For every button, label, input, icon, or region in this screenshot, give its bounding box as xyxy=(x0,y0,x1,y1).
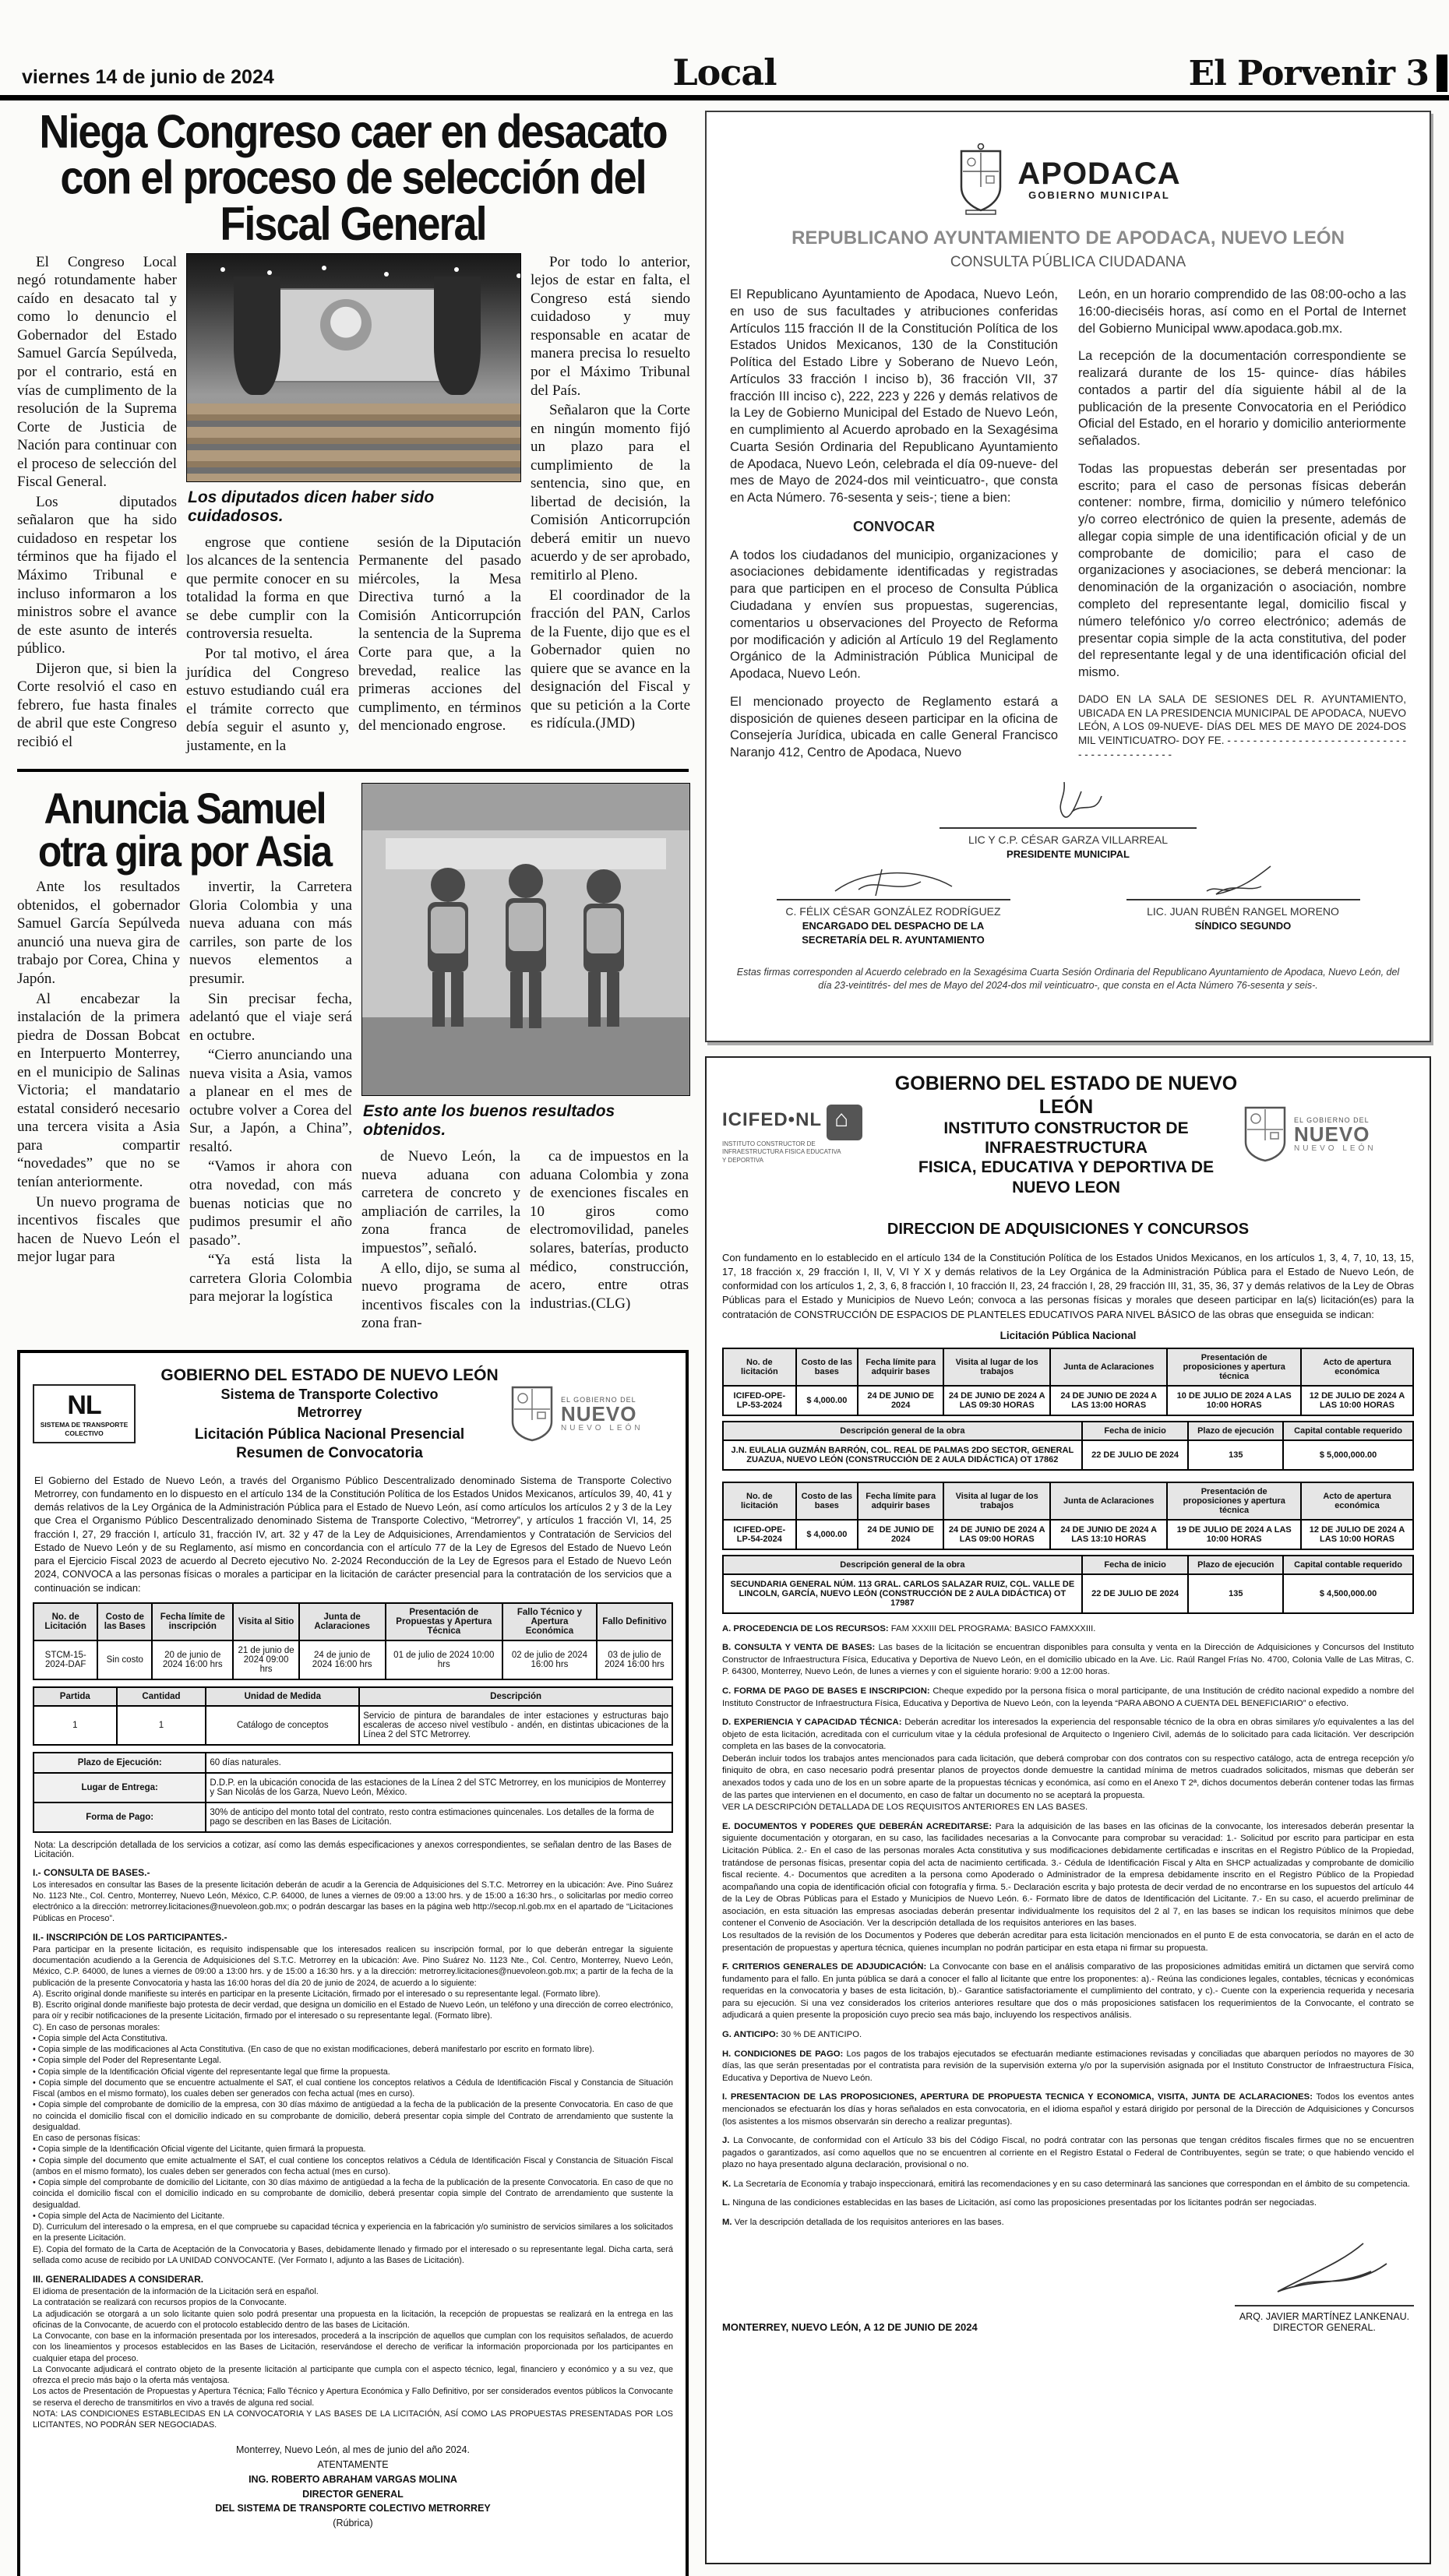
table-cell: 24 de junio de 2024 16:00 hrs xyxy=(299,1640,386,1679)
section-f: F. CRITERIOS GENERALES DE ADJUDICACIÓN: … xyxy=(722,1961,1414,2022)
col-header: Plazo de ejecución xyxy=(1188,1556,1283,1574)
title-line: INSTITUTO CONSTRUCTOR DE INFRAESTRUCTURA xyxy=(894,1119,1238,1158)
table-cell: 24 DE JUNIO DE 2024 A LAS 13:10 HORAS xyxy=(1050,1520,1167,1549)
title-line: FISICA, EDUCATIVA Y DEPORTIVA DE NUEVO L… xyxy=(894,1158,1238,1196)
section-text: Los interesados en consultar las Bases d… xyxy=(33,1880,673,1924)
article1-middle: Los diputados dicen haber sido cuidadoso… xyxy=(186,253,521,757)
section-title-inscripcion: II.- INSCRIPCIÓN DE LOS PARTICIPANTES.- xyxy=(33,1932,673,1943)
metrorrey-notice-title: GOBIERNO DEL ESTADO DE NUEVO LEÓN Sistem… xyxy=(156,1366,503,1463)
signature-presidente: LIC Y C.P. CÉSAR GARZA VILLARREAL PRESID… xyxy=(730,781,1406,860)
closing-atentamente: ATENTAMENTE xyxy=(33,2458,673,2472)
stc-logo-caption: SISTEMA DE TRANSPORTE xyxy=(37,1421,131,1429)
table-cell: 01 de julio de 2024 10:00 hrs xyxy=(386,1640,502,1679)
table-cell: 22 DE JULIO DE 2024 xyxy=(1082,1574,1189,1613)
section-c: C. FORMA DE PAGO DE BASES E INSCRIPCION:… xyxy=(722,1686,1414,1710)
paragraph: Los diputados señalaron que ha sido cuid… xyxy=(17,493,177,658)
col-header: Junta de Aclaraciones xyxy=(1050,1482,1167,1520)
signature-scribble xyxy=(1010,781,1126,827)
paragraph: El coordinador de la fracción del PAN, C… xyxy=(531,587,690,733)
col-header: No. de licitación xyxy=(723,1482,796,1520)
paragraph: El Republicano Ayuntamiento de Apodaca, … xyxy=(730,287,1058,507)
section-k: K. La Secretaría de Economía y trabajo i… xyxy=(722,2179,1414,2191)
table-cell: Sin costo xyxy=(97,1640,152,1679)
article2-photo-caption: Esto ante los buenos resultados obtenido… xyxy=(363,1102,689,1140)
table-cell: $ 4,000.00 xyxy=(796,1386,858,1415)
row-label: Forma de Pago: xyxy=(33,1802,206,1832)
paragraph: “Cierro anunciando una nueva visita a As… xyxy=(189,1046,352,1156)
icifed-sections: A. PROCEDENCIA DE LOS RECURSOS: FAM XXXI… xyxy=(722,1623,1414,2229)
signer-name: LIC. JUAN RUBÉN RANGEL MORENO xyxy=(1080,905,1406,918)
section-label: D. EXPERIENCIA Y CAPACIDAD TÉCNICA: xyxy=(722,1718,901,1727)
article-fiscal-general: Niega Congreso caer en desacato con el p… xyxy=(17,109,689,756)
table-cell: 10 DE JULIO DE 2024 A LAS 10:00 HORAS xyxy=(1167,1386,1301,1415)
signer-name: C. FÉLIX CÉSAR GONZÁLEZ RODRÍGUEZ xyxy=(730,905,1056,918)
paragraph: Ante los resultados obtenidos, el gobern… xyxy=(17,878,180,988)
article-divider-rule xyxy=(17,769,689,772)
table-cell: 24 DE JUNIO DE 2024 xyxy=(858,1386,943,1415)
title-line: GOBIERNO DEL ESTADO DE NUEVO LEÓN xyxy=(156,1366,503,1386)
table-cell: 1 xyxy=(117,1706,206,1745)
section-label: E. DOCUMENTOS Y PODERES QUE DEBERÁN ACRE… xyxy=(722,1822,992,1831)
headline-line2: otra gira por Asia xyxy=(38,827,331,876)
col-header: Partida xyxy=(33,1687,117,1706)
paragraph: Un nuevo programa de incentivos fiscales… xyxy=(17,1193,180,1267)
section-title-consulta: I.- CONSULTA DE BASES.- xyxy=(33,1867,673,1878)
paragraph: “Ya está lista la carretera Gloria Colom… xyxy=(189,1251,352,1306)
paragraph: invertir, la Carretera Gloria Colombia y… xyxy=(189,878,352,988)
article1-col3: sesión de la Diputación Permanente del p… xyxy=(358,534,521,757)
signature-scribble xyxy=(827,863,960,899)
row-label: Plazo de Ejecución: xyxy=(33,1753,206,1773)
section-text: Deberán acreditar los interesados la exp… xyxy=(722,1718,1414,1812)
paragraph: A todos los ciudadanos del municipio, or… xyxy=(730,548,1058,683)
table-cell: 60 días naturales. xyxy=(206,1753,672,1773)
paragraph: León, en un horario comprendido de las 0… xyxy=(1078,287,1406,337)
section-text: Ver la descripción detallada de los requ… xyxy=(735,2218,1004,2227)
col-header: Junta de Aclaraciones xyxy=(299,1603,386,1640)
apodaca-wordmark-sub: GOBIERNO MUNICIPAL xyxy=(1017,189,1180,201)
col-header: Junta de Aclaraciones xyxy=(1050,1348,1167,1386)
article1-headline: Niega Congreso caer en desacato con el p… xyxy=(17,109,689,248)
metrorrey-closing: Monterrey, Nuevo León, al mes de junio d… xyxy=(33,2443,673,2531)
table-cell: 02 de julio de 2024 16:00 hrs xyxy=(502,1640,597,1679)
paragraph: Señalaron que la Corte en ningún momento… xyxy=(531,401,690,584)
paragraph: La recepción de la documentación corresp… xyxy=(1078,348,1406,450)
col-header: Descripción general de la obra xyxy=(723,1556,1082,1574)
desks xyxy=(187,403,520,481)
table-cell: 24 DE JUNIO DE 2024 xyxy=(858,1520,943,1549)
article2-col1: Ante los resultados obtenidos, el gobern… xyxy=(17,878,180,1308)
paragraph: El Congreso Local negó rotundamente habe… xyxy=(17,253,177,492)
section-b: B. CONSULTA Y VENTA DE BASES: Las bases … xyxy=(722,1642,1414,1679)
col-header: Plazo de ejecución xyxy=(1188,1422,1283,1440)
paragraph: sesión de la Diputación Permanente del p… xyxy=(358,534,521,735)
masthead: viernes 14 de junio de 2024 Local El Por… xyxy=(0,44,1449,100)
paragraph: Dijeron que, si bien la Corte resolvió e… xyxy=(17,660,177,752)
metrorrey-items-table: Partida Cantidad Unidad de Medida Descri… xyxy=(33,1686,673,1746)
table-cell: $ 5,000,000.00 xyxy=(1283,1440,1413,1470)
rubrica-note: (Rúbrica) xyxy=(33,2516,673,2531)
nuevo-leon-gov-mark: EL GOBIERNO DEL NUEVO NUEVO LEÓN xyxy=(509,1386,673,1442)
metrorrey-schedule-table: No. de Licitación Costo de las Bases Fec… xyxy=(33,1602,673,1680)
left-page-column: Niega Congreso caer en desacato con el p… xyxy=(17,107,689,2576)
icifed-schedule-table-1: No. de licitación Costo de las bases Fec… xyxy=(722,1348,1414,1416)
signature-scribble xyxy=(1185,863,1302,899)
nuevo-leon-gov-mark: EL GOBIERNO DEL NUEVO NUEVO LEÓN xyxy=(1243,1106,1414,1162)
section-label: I. PRESENTACION DE LAS PROPOSICIONES, AP… xyxy=(722,2092,1313,2102)
section-label: A. PROCEDENCIA DE LOS RECURSOS: xyxy=(722,1624,889,1633)
col-header: Acto de apertura económica xyxy=(1301,1348,1413,1386)
signature-scribble xyxy=(1246,2240,1402,2303)
table-cell: 21 de junio de 2024 09:00 hrs xyxy=(233,1640,298,1679)
article2-col2: invertir, la Carretera Gloria Colombia y… xyxy=(189,878,352,1308)
title-line: Resumen de Convocatoria xyxy=(156,1444,503,1463)
signature-sindico: LIC. JUAN RUBÉN RANGEL MORENO SÍNDICO SE… xyxy=(1080,863,1406,946)
section-text: Para la adquisición de las bases en las … xyxy=(722,1822,1414,1953)
col-header: Fecha límite de inscripción xyxy=(152,1603,233,1640)
gov-mark-line2: NUEVO xyxy=(1294,1124,1377,1144)
col-header: Fecha de inicio xyxy=(1082,1422,1189,1440)
col-header: Visita al Sitio xyxy=(233,1603,298,1640)
paragraph: Sin precisar fecha, adelantó que el viaj… xyxy=(189,990,352,1045)
section-label: H. CONDICIONES DE PAGO: xyxy=(722,2049,843,2059)
metrorrey-tender-notice: NL SISTEMA DE TRANSPORTE COLECTIVO GOBIE… xyxy=(17,1350,689,2576)
table-cell: STCM-15-2024-DAF xyxy=(33,1640,97,1679)
col-header: Fallo Definitivo xyxy=(597,1603,672,1640)
col-header: Presentación de Propuestas y Apertura Té… xyxy=(386,1603,502,1640)
section-e: E. DOCUMENTOS Y PODERES QUE DEBERÁN ACRE… xyxy=(722,1821,1414,1954)
col-header: Presentación de proposiciones y apertura… xyxy=(1167,1482,1301,1520)
signer-org: DEL SISTEMA DE TRANSPORTE COLECTIVO METR… xyxy=(33,2501,673,2516)
article2-col3: de Nuevo León, la nueva aduana con carre… xyxy=(361,1147,520,1334)
article2-left: Anuncia Samuel otra gira por Asia Ante l… xyxy=(17,783,352,1334)
col-header: Capital contable requerido xyxy=(1283,1556,1413,1574)
section-l: L. Ninguna de las condiciones establecid… xyxy=(722,2197,1414,2210)
convocar-heading: CONVOCAR xyxy=(730,518,1058,537)
gov-mark-line3: NUEVO LEÓN xyxy=(561,1424,643,1432)
signature-secretario: C. FÉLIX CÉSAR GONZÁLEZ RODRÍGUEZ ENCARG… xyxy=(730,863,1056,946)
nl-logo-text: NL xyxy=(37,1390,131,1421)
col-header: Fecha de inicio xyxy=(1082,1556,1189,1574)
section-label: M. xyxy=(722,2218,732,2227)
col-header: Costo de las bases xyxy=(796,1482,858,1520)
table-cell: SECUNDARIA GENERAL NÚM. 113 GRAL. CARLOS… xyxy=(723,1574,1082,1613)
table-cell: $ 4,500,000.00 xyxy=(1283,1574,1413,1613)
table-cell: 19 DE JULIO DE 2024 A LAS 10:00 HORAS xyxy=(1167,1520,1301,1549)
apodaca-notice-title: REPUBLICANO AYUNTAMIENTO DE APODACA, NUE… xyxy=(730,227,1406,249)
article2-col4: ca de impuestos en la aduana Colombia y … xyxy=(530,1147,689,1334)
title-line: GOBIERNO DEL ESTADO DE NUEVO LEÓN xyxy=(894,1072,1238,1119)
icifed-intro: Con fundamento en lo establecido en el a… xyxy=(722,1251,1414,1322)
section-d: D. EXPERIENCIA Y CAPACIDAD TÉCNICA: Debe… xyxy=(722,1717,1414,1814)
table-cell: J.N. EULALIA GUZMÁN BARRÓN, COL. REAL DE… xyxy=(723,1440,1082,1470)
signer-role: DIRECTOR GENERAL xyxy=(33,2487,673,2502)
section-text: La Secretaría de Economía y trabajo insp… xyxy=(733,2180,1409,2189)
section-h: H. CONDICIONES DE PAGO: Los pagos de los… xyxy=(722,2049,1414,2085)
section-label: J. xyxy=(722,2136,729,2145)
section-label: K. xyxy=(722,2180,731,2189)
section-a: A. PROCEDENCIA DE LOS RECURSOS: FAM XXXI… xyxy=(722,1623,1414,1636)
table-cell: 1 xyxy=(33,1706,117,1745)
signer-role: SÍNDICO SEGUNDO xyxy=(1080,920,1406,932)
section-label: B. CONSULTA Y VENTA DE BASES: xyxy=(722,1643,875,1652)
title-line: Sistema de Transporte Colectivo xyxy=(156,1386,503,1404)
icifed-logo-caption: INSTITUTO CONSTRUCTOR DE INFRAESTRUCTURA… xyxy=(722,1140,890,1165)
gov-mark-line3: NUEVO LEÓN xyxy=(1294,1144,1377,1153)
paragraph: “Vamos ir ahora con otra novedad, con má… xyxy=(189,1158,352,1249)
table-cell: 30% de anticipo del monto total del cont… xyxy=(206,1802,672,1832)
paragraph: de Nuevo León, la nueva aduana con carre… xyxy=(361,1147,520,1257)
article-gira-asia: Anuncia Samuel otra gira por Asia Ante l… xyxy=(17,783,689,1334)
closing-place: Monterrey, Nuevo León, al mes de junio d… xyxy=(33,2443,673,2458)
dado-statement: DADO EN LA SALA DE SESIONES DEL R. AYUNT… xyxy=(1078,692,1406,762)
table-cell: 135 xyxy=(1188,1574,1283,1613)
section-text: FAM XXXIII DEL PROGRAMA: BASICO FAMXXXII… xyxy=(891,1624,1096,1633)
gov-mark-line2: NUEVO xyxy=(561,1404,643,1424)
signer-role: SECRETARÍA DEL R. AYUNTAMIENTO xyxy=(730,934,1056,946)
section-text: El idioma de presentación de la informac… xyxy=(33,2286,673,2430)
nl-shield-icon xyxy=(509,1386,555,1442)
right-page-column: APODACA GOBIERNO MUNICIPAL REPUBLICANO A… xyxy=(705,111,1431,2564)
col-header: Acto de apertura económica xyxy=(1301,1482,1413,1520)
icifed-notice-title: GOBIERNO DEL ESTADO DE NUEVO LEÓN INSTIT… xyxy=(894,1072,1238,1197)
metrorrey-note: Nota: La descripción detallada de los se… xyxy=(34,1841,672,1859)
table-cell: 24 DE JUNIO DE 2024 A LAS 09:00 HORAS xyxy=(943,1520,1050,1549)
curtain-left xyxy=(234,277,280,395)
table-cell: Servicio de pintura de barandales de int… xyxy=(359,1706,672,1745)
stc-logo-caption2: COLECTIVO xyxy=(37,1429,131,1437)
signer-role: PRESIDENTE MUNICIPAL xyxy=(730,848,1406,860)
icifed-wordmark: ICIFED•NL xyxy=(722,1109,822,1130)
section-title-generalidades: III. GENERALIDADES A CONSIDERAR. xyxy=(33,2274,673,2285)
apodaca-wordmark: APODACA xyxy=(1017,158,1180,189)
house-icon xyxy=(827,1105,862,1140)
article2-headline: Anuncia Samuel otra gira por Asia xyxy=(17,788,352,873)
article2-right: Esto ante los buenos resultados obtenido… xyxy=(361,783,689,1334)
table-cell: ICIFED-OPE-LP-54-2024 xyxy=(723,1520,796,1549)
col-header: No. de Licitación xyxy=(33,1603,97,1640)
apodaca-right-column: León, en un horario comprendido de las 0… xyxy=(1078,287,1406,773)
col-header: Unidad de Medida xyxy=(206,1687,359,1706)
article1-col4: Por todo lo anterior, lejos de estar en … xyxy=(531,253,690,757)
paragraph: Por todo lo anterior, lejos de estar en … xyxy=(531,253,690,400)
icifed-schedule-table-2: No. de licitación Costo de las bases Fec… xyxy=(722,1482,1414,1550)
section-text: Ninguna de las condiciones establecidas … xyxy=(732,2198,1317,2208)
section-text: 30 % DE ANTICIPO. xyxy=(781,2030,862,2039)
table-cell: D.D.P. en la ubicación conocida de las e… xyxy=(206,1773,672,1802)
table-cell: 22 DE JULIO DE 2024 xyxy=(1082,1440,1189,1470)
section-j: J. La Convocante, de conformidad con el … xyxy=(722,2135,1414,2172)
signer-role: DIRECTOR GENERAL. xyxy=(1235,2322,1414,2333)
col-header: Fecha límite para adquirir bases xyxy=(858,1482,943,1520)
section-text: La Convocante, de conformidad con el Art… xyxy=(722,2136,1414,2169)
signer-name: ARQ. JAVIER MARTÍNEZ LANKENAU. xyxy=(1235,2311,1414,2322)
col-header: Costo de las bases xyxy=(796,1348,858,1386)
paragraph: ca de impuestos en la aduana Colombia y … xyxy=(530,1147,689,1313)
table-cell: ICIFED-OPE-LP-53-2024 xyxy=(723,1386,796,1415)
icifed-closing-date: MONTERREY, NUEVO LEÓN, A 12 DE JUNIO DE … xyxy=(722,2321,978,2333)
icifed-tender-notice: ICIFED•NL INSTITUTO CONSTRUCTOR DE INFRA… xyxy=(705,1056,1431,2564)
icifed-work-table-1: Descripción general de la obra Fecha de … xyxy=(722,1421,1414,1471)
paragraph: Todas las propuestas deberán ser present… xyxy=(1078,461,1406,682)
section-g: G. ANTICIPO: 30 % DE ANTICIPO. xyxy=(722,2029,1414,2042)
article1-col2: engrose que contiene los alcances de la … xyxy=(186,534,349,757)
row-label: Lugar de Entrega: xyxy=(33,1773,206,1802)
signer-name: ING. ROBERTO ABRAHAM VARGAS MOLINA xyxy=(33,2472,673,2487)
paragraph: El mencionado proyecto de Reglamento est… xyxy=(730,694,1058,762)
table-cell: 24 DE JUNIO DE 2024 A LAS 13:00 HORAS xyxy=(1050,1386,1167,1415)
signer-name: LIC Y C.P. CÉSAR GARZA VILLARREAL xyxy=(730,833,1406,846)
apodaca-consultation-notice: APODACA GOBIERNO MUNICIPAL REPUBLICANO A… xyxy=(705,111,1431,1042)
table-cell: $ 4,000.00 xyxy=(796,1520,858,1549)
section-label: L. xyxy=(722,2198,730,2208)
table-cell: 12 DE JULIO DE 2024 A LAS 10:00 HORAS xyxy=(1301,1386,1413,1415)
col-header: Costo de las Bases xyxy=(97,1603,152,1640)
headline-line1: Anuncia Samuel xyxy=(44,784,326,833)
col-header: Fallo Técnico y Apertura Económica xyxy=(502,1603,597,1640)
registration-mark xyxy=(1437,55,1447,92)
col-header: Fecha límite para adquirir bases xyxy=(858,1348,943,1386)
section-m: M. Ver la descripción detallada de los r… xyxy=(722,2217,1414,2229)
col-header: Descripción xyxy=(359,1687,672,1706)
paragraph: Por tal motivo, el área jurídica del Con… xyxy=(186,645,349,755)
table-cell: 03 de julio de 2024 16:00 hrs xyxy=(597,1640,672,1679)
icifed-logo: ICIFED•NL INSTITUTO CONSTRUCTOR DE INFRA… xyxy=(722,1105,890,1165)
groundbreaking-photo xyxy=(361,783,690,1096)
section-label: G. ANTICIPO: xyxy=(722,2030,778,2039)
section-label: F. CRITERIOS GENERALES DE ADJUDICACIÓN: xyxy=(722,1962,926,1972)
table-cell: 24 DE JUNIO DE 2024 A LAS 09:30 HORAS xyxy=(943,1386,1050,1415)
metrorrey-terms-table: Plazo de Ejecución: 60 días naturales. L… xyxy=(33,1752,673,1833)
apodaca-left-column: El Republicano Ayuntamiento de Apodaca, … xyxy=(730,287,1058,773)
apodaca-notice-subtitle: CONSULTA PÚBLICA CIUDADANA xyxy=(730,254,1406,271)
icifed-work-table-2: Descripción general de la obra Fecha de … xyxy=(722,1555,1414,1614)
curtain-right xyxy=(434,277,481,395)
col-header: Descripción general de la obra xyxy=(723,1422,1082,1440)
paragraph: A ello, dijo, se suma al nuevo programa … xyxy=(361,1260,520,1333)
col-header: Visita al lugar de los trabajos xyxy=(943,1348,1050,1386)
direccion-heading: DIRECCION DE ADQUISICIONES Y CONCURSOS xyxy=(722,1221,1414,1239)
col-header: Cantidad xyxy=(117,1687,206,1706)
table-cell: 20 de junio de 2024 16:00 hrs xyxy=(152,1640,233,1679)
metrorrey-intro: El Gobierno del Estado de Nuevo León, a … xyxy=(34,1474,672,1595)
icifed-signature: ARQ. JAVIER MARTÍNEZ LANKENAU. DIRECTOR … xyxy=(1235,2240,1414,2333)
article1-photo-caption: Los diputados dicen haber sido cuidadoso… xyxy=(188,488,521,526)
emblem xyxy=(320,299,372,351)
title-line: Metrorrey xyxy=(156,1404,503,1422)
section-i: I. PRESENTACION DE LAS PROPOSICIONES, AP… xyxy=(722,2091,1414,2128)
nl-shield-icon xyxy=(1243,1106,1288,1162)
ceiling-lights xyxy=(220,267,225,272)
table-cell: Catálogo de conceptos xyxy=(206,1706,359,1745)
section-label: C. FORMA DE PAGO DE BASES E INSCRIPCION: xyxy=(722,1686,930,1696)
table-cell: 12 DE JULIO DE 2024 A LAS 10:00 HORAS xyxy=(1301,1520,1413,1549)
licitacion-label: Licitación Pública Nacional xyxy=(722,1330,1414,1341)
article1-col1: El Congreso Local negó rotundamente habe… xyxy=(17,253,177,757)
col-header: Presentación de proposiciones y apertura… xyxy=(1167,1348,1301,1386)
col-header: Capital contable requerido xyxy=(1283,1422,1413,1440)
apodaca-crest-icon xyxy=(955,143,1007,215)
section-text: Para participar en la presente licitació… xyxy=(33,1944,673,2266)
col-header: Visita al lugar de los trabajos xyxy=(943,1482,1050,1520)
signer-role: ENCARGADO DEL DESPACHO DE LA xyxy=(730,920,1056,932)
table-cell: 135 xyxy=(1188,1440,1283,1470)
paper-name-page: El Porvenir 3 xyxy=(1189,54,1429,93)
title-line: Licitación Pública Nacional Presencial xyxy=(156,1425,503,1444)
apodaca-footnote: Estas firmas corresponden al Acuerdo cel… xyxy=(730,966,1406,993)
congress-session-photo xyxy=(186,253,521,482)
stc-metrorrey-logo: NL SISTEMA DE TRANSPORTE COLECTIVO xyxy=(33,1384,136,1443)
paragraph: Al encabezar la instalación de la primer… xyxy=(17,990,180,1192)
paragraph: engrose que contiene los alcances de la … xyxy=(186,534,349,643)
col-header: No. de licitación xyxy=(723,1348,796,1386)
